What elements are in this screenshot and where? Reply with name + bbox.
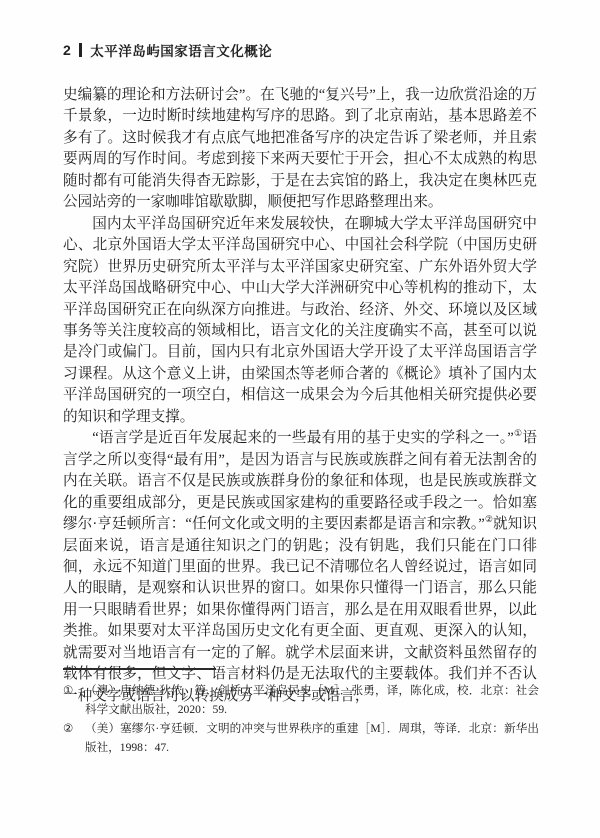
paragraph-continuation: 史编纂的理论和方法研讨会”。在飞驰的“复兴号”上，我一边欣赏沿途的万千景象，一边… <box>63 85 537 214</box>
paragraph-research-overview: 国内太平洋岛国研究近年来发展较快，在聊城大学太平洋岛国研究中心、北京外国语大学太… <box>63 214 537 429</box>
footnote-1-marker: ① <box>63 681 85 719</box>
page-header: 2 太平洋岛屿国家语言文化概论 <box>63 40 272 60</box>
footnote-2-marker: ② <box>63 719 85 757</box>
footnotes-section: ① （澳）唐纳德·狄侬，等．剑桥太平洋岛民史［M］．张勇，译，陈化成，校．北京：… <box>63 681 539 757</box>
body-text: 史编纂的理论和方法研讨会”。在飞驰的“复兴号”上，我一边欣赏沿途的万千景象，一边… <box>63 85 537 707</box>
book-page: 2 太平洋岛屿国家语言文化概论 史编纂的理论和方法研讨会”。在飞驰的“复兴号”上… <box>0 0 600 838</box>
footnote-1-text: （澳）唐纳德·狄侬，等．剑桥太平洋岛民史［M］．张勇，译，陈化成，校．北京：社会… <box>85 681 539 719</box>
footnote-1: ① （澳）唐纳德·狄侬，等．剑桥太平洋岛民史［M］．张勇，译，陈化成，校．北京：… <box>63 681 539 719</box>
page-number: 2 <box>63 42 71 58</box>
paragraph-linguistics: “语言学是近百年发展起来的一些最有用的基于史实的学科之一。”①语言学之所以变得“… <box>63 428 537 707</box>
header-divider <box>79 43 82 57</box>
book-title: 太平洋岛屿国家语言文化概论 <box>90 40 272 60</box>
footnote-2: ② （美）塞缪尔·亨廷顿．文明的冲突与世界秩序的重建［M］．周琪，等译．北京：新… <box>63 719 539 757</box>
footnote-divider <box>63 668 216 670</box>
footnote-2-text: （美）塞缪尔·亨廷顿．文明的冲突与世界秩序的重建［M］．周琪，等译．北京：新华出… <box>85 719 539 757</box>
